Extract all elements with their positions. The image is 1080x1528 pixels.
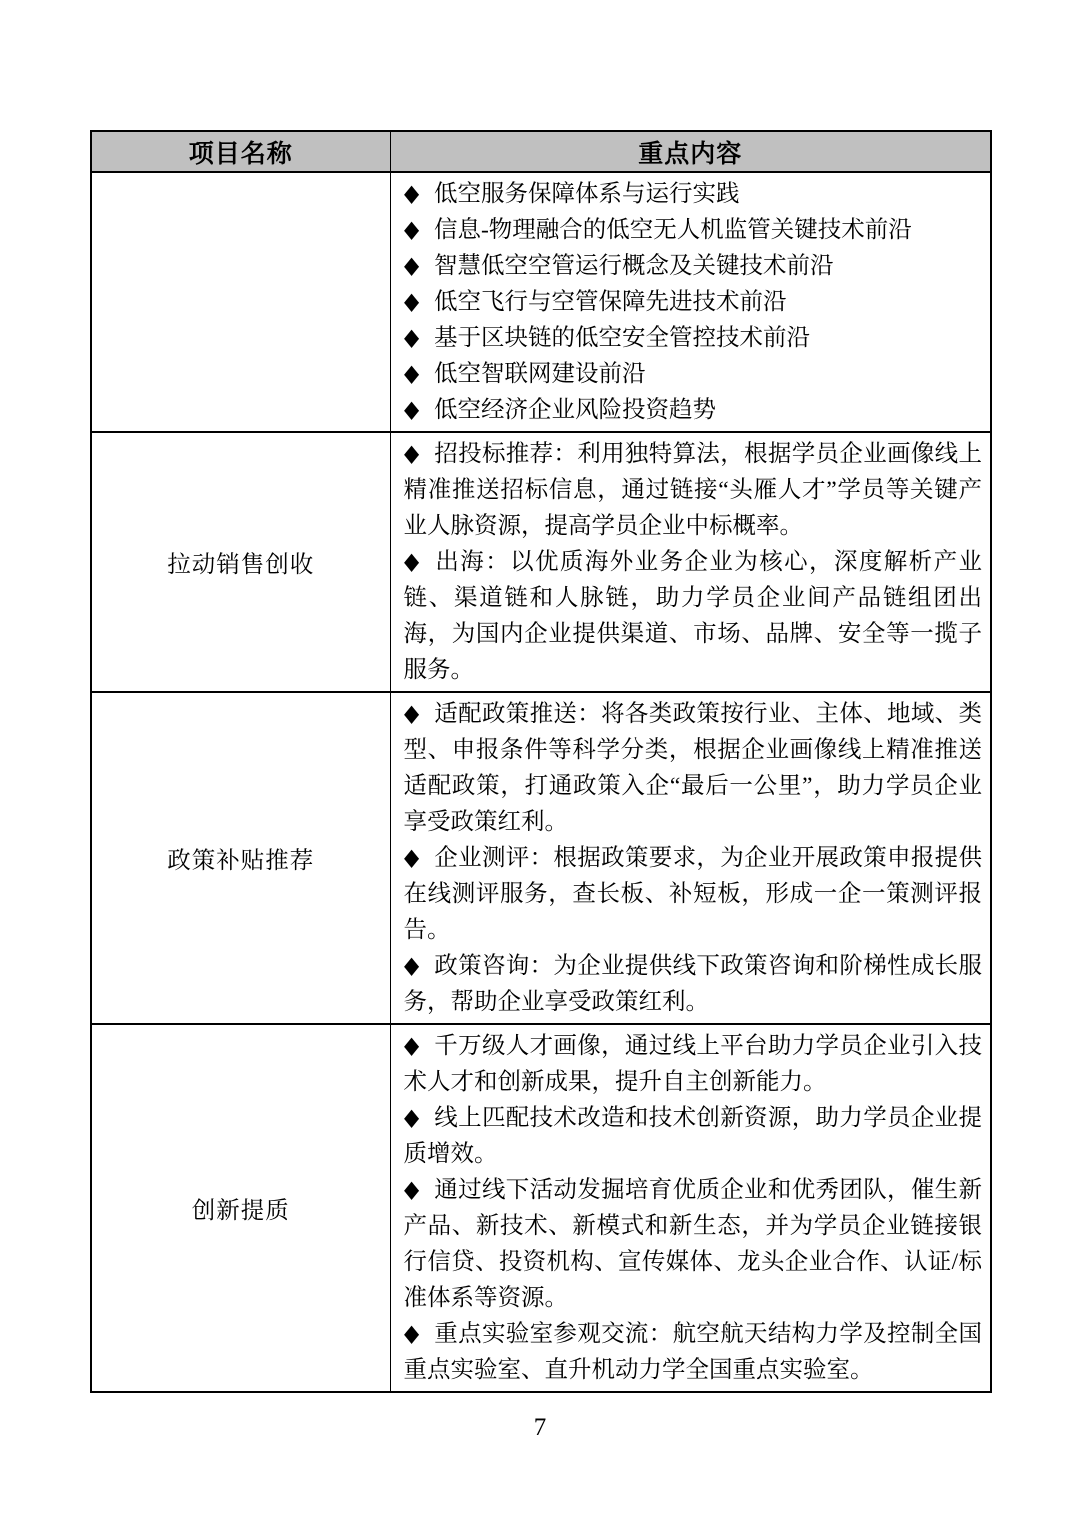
diamond-bullet-icon: ◆ bbox=[404, 1172, 419, 1208]
bullet-item: ◆出海：以优质海外业务企业为核心，深度解析产业链、渠道链和人脉链，助力学员企业间… bbox=[404, 544, 983, 688]
project-name-cell: 政策补贴推荐 bbox=[91, 692, 390, 1024]
bullet-item: ◆政策咨询：为企业提供线下政策咨询和阶梯性成长服务，帮助企业享受政策红利。 bbox=[404, 948, 983, 1020]
bullet-text: 基于区块链的低空安全管控技术前沿 bbox=[434, 325, 810, 351]
diamond-bullet-icon: ◆ bbox=[404, 544, 419, 580]
bullet-text: 信息-物理融合的低空无人机监管关键技术前沿 bbox=[434, 217, 912, 243]
table-row: ◆低空服务保障体系与运行实践 ◆信息-物理融合的低空无人机监管关键技术前沿 ◆智… bbox=[91, 172, 991, 432]
bullet-item: ◆重点实验室参观交流：航空航天结构力学及控制全国重点实验室、直升机动力学全国重点… bbox=[404, 1316, 983, 1388]
diamond-bullet-icon: ◆ bbox=[404, 356, 419, 392]
diamond-bullet-icon: ◆ bbox=[404, 1100, 419, 1136]
bullet-item: ◆通过线下活动发掘培育优质企业和优秀团队，催生新产品、新技术、新模式和新生态，并… bbox=[404, 1172, 983, 1316]
bullet-text: 低空服务保障体系与运行实践 bbox=[434, 181, 740, 207]
bullet-text: 线上匹配技术改造和技术创新资源，助力学员企业提质增效。 bbox=[404, 1105, 983, 1167]
diamond-bullet-icon: ◆ bbox=[404, 1028, 419, 1064]
diamond-bullet-icon: ◆ bbox=[404, 1316, 419, 1352]
bullet-text: 企业测评：根据政策要求，为企业开展政策申报提供在线测评服务，查长板、补短板，形成… bbox=[404, 845, 983, 943]
bullet-text: 低空经济企业风险投资趋势 bbox=[434, 397, 716, 423]
bullet-item: ◆低空飞行与空管保障先进技术前沿 bbox=[404, 284, 983, 320]
bullet-item: ◆低空经济企业风险投资趋势 bbox=[404, 392, 983, 428]
diamond-bullet-icon: ◆ bbox=[404, 392, 419, 428]
bullet-item: ◆信息-物理融合的低空无人机监管关键技术前沿 bbox=[404, 212, 983, 248]
diamond-bullet-icon: ◆ bbox=[404, 284, 419, 320]
key-content-cell: ◆招投标推荐：利用独特算法，根据学员企业画像线上精准推送招标信息，通过链接“头雁… bbox=[390, 432, 991, 692]
bullet-text: 千万级人才画像，通过线上平台助力学员企业引入技术人才和创新成果，提升自主创新能力… bbox=[404, 1033, 983, 1095]
bullet-item: ◆适配政策推送：将各类政策按行业、主体、地域、类型、申报条件等科学分类，根据企业… bbox=[404, 696, 983, 840]
diamond-bullet-icon: ◆ bbox=[404, 212, 419, 248]
key-content-cell: ◆适配政策推送：将各类政策按行业、主体、地域、类型、申报条件等科学分类，根据企业… bbox=[390, 692, 991, 1024]
bullet-item: ◆线上匹配技术改造和技术创新资源，助力学员企业提质增效。 bbox=[404, 1100, 983, 1172]
bullet-text: 政策咨询：为企业提供线下政策咨询和阶梯性成长服务，帮助企业享受政策红利。 bbox=[404, 953, 983, 1015]
bullet-item: ◆基于区块链的低空安全管控技术前沿 bbox=[404, 320, 983, 356]
bullet-text: 招投标推荐：利用独特算法，根据学员企业画像线上精准推送招标信息，通过链接“头雁人… bbox=[404, 441, 983, 539]
header-key-content: 重点内容 bbox=[390, 131, 991, 172]
diamond-bullet-icon: ◆ bbox=[404, 248, 419, 284]
diamond-bullet-icon: ◆ bbox=[404, 436, 419, 472]
bullet-item: ◆企业测评：根据政策要求，为企业开展政策申报提供在线测评服务，查长板、补短板，形… bbox=[404, 840, 983, 948]
bullet-text: 通过线下活动发掘培育优质企业和优秀团队，催生新产品、新技术、新模式和新生态，并为… bbox=[404, 1177, 983, 1311]
header-project-name: 项目名称 bbox=[91, 131, 390, 172]
table-row: 拉动销售创收 ◆招投标推荐：利用独特算法，根据学员企业画像线上精准推送招标信息，… bbox=[91, 432, 991, 692]
bullet-text: 重点实验室参观交流：航空航天结构力学及控制全国重点实验室、直升机动力学全国重点实… bbox=[404, 1321, 983, 1383]
bullet-item: ◆千万级人才画像，通过线上平台助力学员企业引入技术人才和创新成果，提升自主创新能… bbox=[404, 1028, 983, 1100]
diamond-bullet-icon: ◆ bbox=[404, 840, 419, 876]
diamond-bullet-icon: ◆ bbox=[404, 696, 419, 732]
bullet-item: ◆低空智联网建设前沿 bbox=[404, 356, 983, 392]
bullet-text: 出海：以优质海外业务企业为核心，深度解析产业链、渠道链和人脉链，助力学员企业间产… bbox=[404, 549, 983, 683]
table-row: 政策补贴推荐 ◆适配政策推送：将各类政策按行业、主体、地域、类型、申报条件等科学… bbox=[91, 692, 991, 1024]
diamond-bullet-icon: ◆ bbox=[404, 948, 419, 984]
bullet-text: 低空智联网建设前沿 bbox=[434, 361, 646, 387]
page-number: 7 bbox=[0, 1414, 1080, 1442]
bullet-text: 适配政策推送：将各类政策按行业、主体、地域、类型、申报条件等科学分类，根据企业画… bbox=[404, 701, 983, 835]
diamond-bullet-icon: ◆ bbox=[404, 176, 419, 212]
key-content-cell: ◆低空服务保障体系与运行实践 ◆信息-物理融合的低空无人机监管关键技术前沿 ◆智… bbox=[390, 172, 991, 432]
project-name-cell bbox=[91, 172, 390, 432]
document-page: 项目名称 重点内容 ◆低空服务保障体系与运行实践 ◆信息-物理融合的低空无人机监… bbox=[0, 0, 1080, 1528]
bullet-text: 智慧低空空管运行概念及关键技术前沿 bbox=[434, 253, 834, 279]
bullet-text: 低空飞行与空管保障先进技术前沿 bbox=[434, 289, 787, 315]
table-header-row: 项目名称 重点内容 bbox=[91, 131, 991, 172]
bullet-item: ◆智慧低空空管运行概念及关键技术前沿 bbox=[404, 248, 983, 284]
table-row: 创新提质 ◆千万级人才画像，通过线上平台助力学员企业引入技术人才和创新成果，提升… bbox=[91, 1024, 991, 1392]
diamond-bullet-icon: ◆ bbox=[404, 320, 419, 356]
key-content-cell: ◆千万级人才画像，通过线上平台助力学员企业引入技术人才和创新成果，提升自主创新能… bbox=[390, 1024, 991, 1392]
bullet-item: ◆低空服务保障体系与运行实践 bbox=[404, 176, 983, 212]
project-name-cell: 创新提质 bbox=[91, 1024, 390, 1392]
bullet-item: ◆招投标推荐：利用独特算法，根据学员企业画像线上精准推送招标信息，通过链接“头雁… bbox=[404, 436, 983, 544]
project-name-cell: 拉动销售创收 bbox=[91, 432, 390, 692]
project-table: 项目名称 重点内容 ◆低空服务保障体系与运行实践 ◆信息-物理融合的低空无人机监… bbox=[90, 130, 992, 1393]
